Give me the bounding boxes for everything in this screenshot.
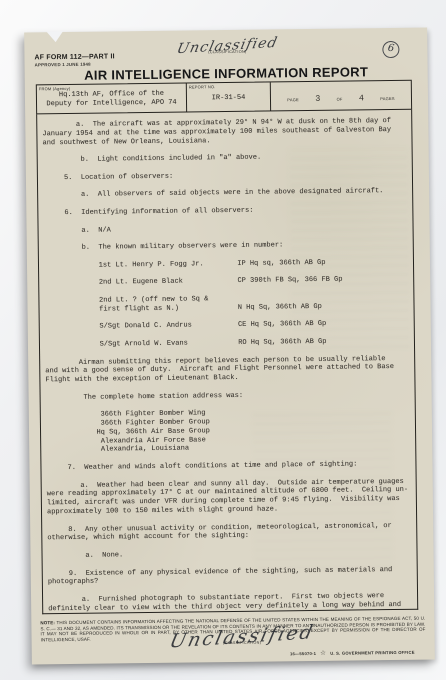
printing-office-line: 16—55070-1 ☆ U. S. GOVERNMENT PRINTING O… <box>290 648 415 658</box>
form-number: AF FORM 112—PART II <box>34 53 114 61</box>
page-count-row: PAGE 3 OF 4 PAGES <box>271 81 411 105</box>
report-no-cell: REPORT NO. IR-31-54 <box>187 82 271 111</box>
report-body-box: a. The aircraft was at approximately 29°… <box>36 110 418 615</box>
pages-value: 4 <box>359 93 364 103</box>
classification-bottom: Unclassified (CLASSIFICATION) <box>149 625 334 646</box>
from-agency-cell: FROM (Agency) Hq.13th AF, Office of the … <box>37 84 187 114</box>
page-value: 3 <box>315 94 320 104</box>
paper-tear-notch <box>46 31 63 42</box>
page-count-cell: PAGE 3 OF 4 PAGES <box>271 81 411 111</box>
form-approved-date: APPROVED 1 JUNE 1948 <box>35 61 115 67</box>
note-label: NOTE: <box>40 620 55 625</box>
gpo-number: 16—55070-1 <box>290 650 316 655</box>
typed-body: a. The aircraft was at approximately 29°… <box>37 110 417 614</box>
form-id-block: AF FORM 112—PART II APPROVED 1 JUNE 1948 <box>34 53 114 67</box>
of-label: OF <box>337 97 343 102</box>
pages-label: PAGES <box>380 96 395 101</box>
star-icon: ☆ <box>320 649 326 657</box>
handwritten-unclassified-top: Unclassified <box>150 33 305 59</box>
classification-top: Unclassified (CLASSIFICATION) <box>152 37 302 55</box>
circled-page-number: 6 <box>381 40 400 59</box>
report-no-label: REPORT NO. <box>189 84 216 89</box>
document-paper: AF FORM 112—PART II APPROVED 1 JUNE 1948… <box>24 28 435 665</box>
gpo-office: U. S. GOVERNMENT PRINTING OFFICE <box>330 649 415 655</box>
page-label: PAGE <box>287 97 299 102</box>
from-agency-label: FROM (Agency) <box>39 86 71 91</box>
form-header-table: FROM (Agency) Hq.13th AF, Office of the … <box>36 80 412 115</box>
